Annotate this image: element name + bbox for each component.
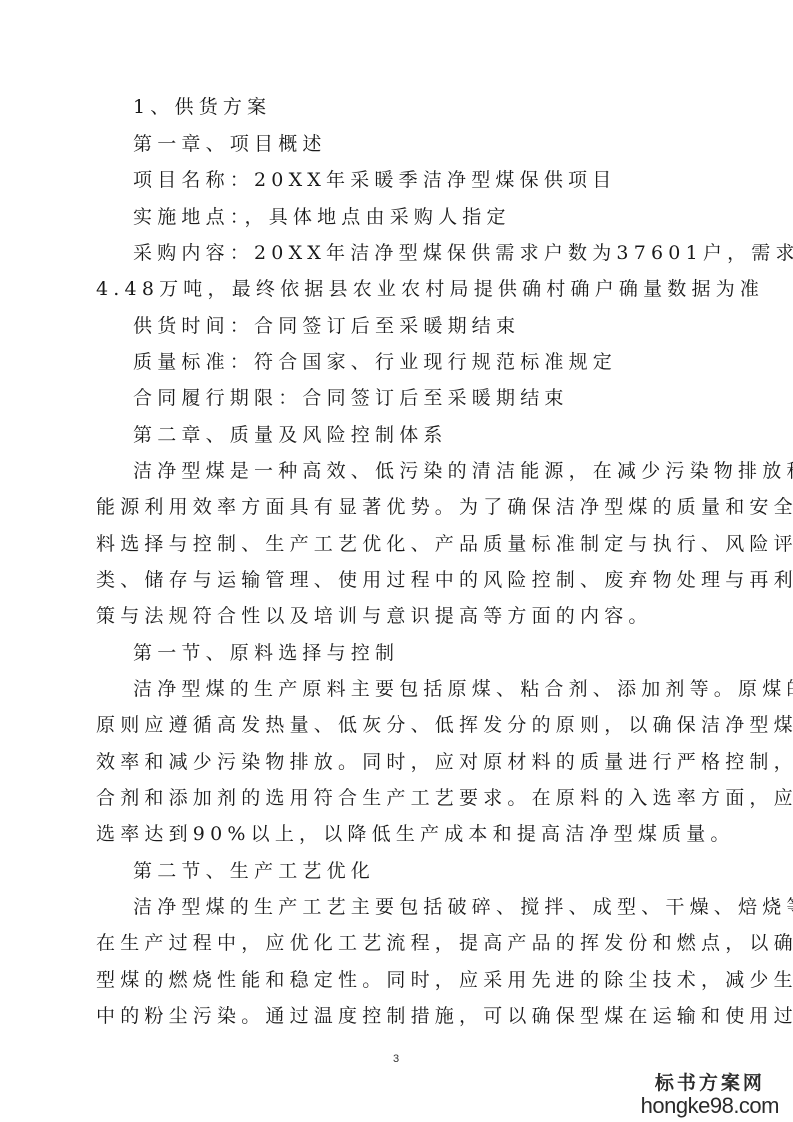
text-line: 效率和减少污染物排放。同时，应对原材料的质量进行严格控制，确保粘 [96, 750, 793, 774]
text-line: 项目名称：20XX年采暖季洁净型煤保供项目 [133, 168, 616, 192]
document-page: 1、供货方案第一章、项目概述项目名称：20XX年采暖季洁净型煤保供项目实施地点：… [0, 0, 793, 1122]
text-line: 第一节、原料选择与控制 [133, 641, 399, 665]
text-line: 质量标准：符合国家、行业现行规范标准规定 [133, 350, 617, 374]
text-line: 中的粉尘污染。通过温度控制措施，可以确保型煤在运输和使用过程中的 [96, 1004, 793, 1028]
text-line: 洁净型煤的生产原料主要包括原煤、粘合剂、添加剂等。原煤的入选 [133, 677, 793, 701]
text-line: 4.48万吨，最终依据县农业农村局提供确村确户确量数据为准 [96, 277, 764, 301]
text-line: 类、储存与运输管理、使用过程中的风险控制、废弃物处理与再利用、政 [96, 568, 793, 592]
text-line: 合同履行期限：合同签订后至采暖期结束 [133, 386, 569, 410]
text-line: 型煤的燃烧性能和稳定性。同时，应采用先进的除尘技术，减少生产过程 [96, 968, 793, 992]
text-line: 原则应遵循高发热量、低灰分、低挥发分的原则，以确保洁净型煤的燃烧 [96, 713, 793, 737]
page-number: 3 [393, 1053, 399, 1065]
text-line: 采购内容：20XX年洁净型煤保供需求户数为37601户，需求洁净型煤 [133, 241, 793, 265]
text-line: 策与法规符合性以及培训与意识提高等方面的内容。 [96, 604, 653, 628]
text-line: 合剂和添加剂的选用符合生产工艺要求。在原料的入选率方面，应确保入 [96, 786, 793, 810]
watermark-site-name: 标书方案网 [641, 1072, 779, 1094]
text-line: 实施地点：，具体地点由采购人指定 [133, 205, 511, 229]
text-line: 第一章、项目概述 [133, 132, 327, 156]
watermark-url: hongke98.com [641, 1094, 779, 1118]
text-line: 选率达到90%以上，以降低生产成本和提高洁净型煤质量。 [96, 822, 735, 846]
watermark: 标书方案网 hongke98.com [641, 1072, 779, 1118]
text-line: 洁净型煤是一种高效、低污染的清洁能源，在减少污染物排放和提高 [133, 459, 793, 483]
text-line: 洁净型煤的生产工艺主要包括破碎、搅拌、成型、干燥、焙烧等环节。 [133, 895, 793, 919]
text-line: 料选择与控制、生产工艺优化、产品质量标准制定与执行、风险评估与分 [96, 532, 793, 556]
text-line: 供货时间：合同签订后至采暖期结束 [133, 314, 520, 338]
text-line: 第二章、质量及风险控制体系 [133, 423, 448, 447]
text-line: 1、供货方案 [133, 95, 271, 119]
text-line: 在生产过程中，应优化工艺流程，提高产品的挥发份和燃点，以确保洁净 [96, 931, 793, 955]
text-line: 第二节、生产工艺优化 [133, 859, 375, 883]
text-line: 能源利用效率方面具有显著优势。为了确保洁净型煤的质量和安全性，原 [96, 495, 793, 519]
